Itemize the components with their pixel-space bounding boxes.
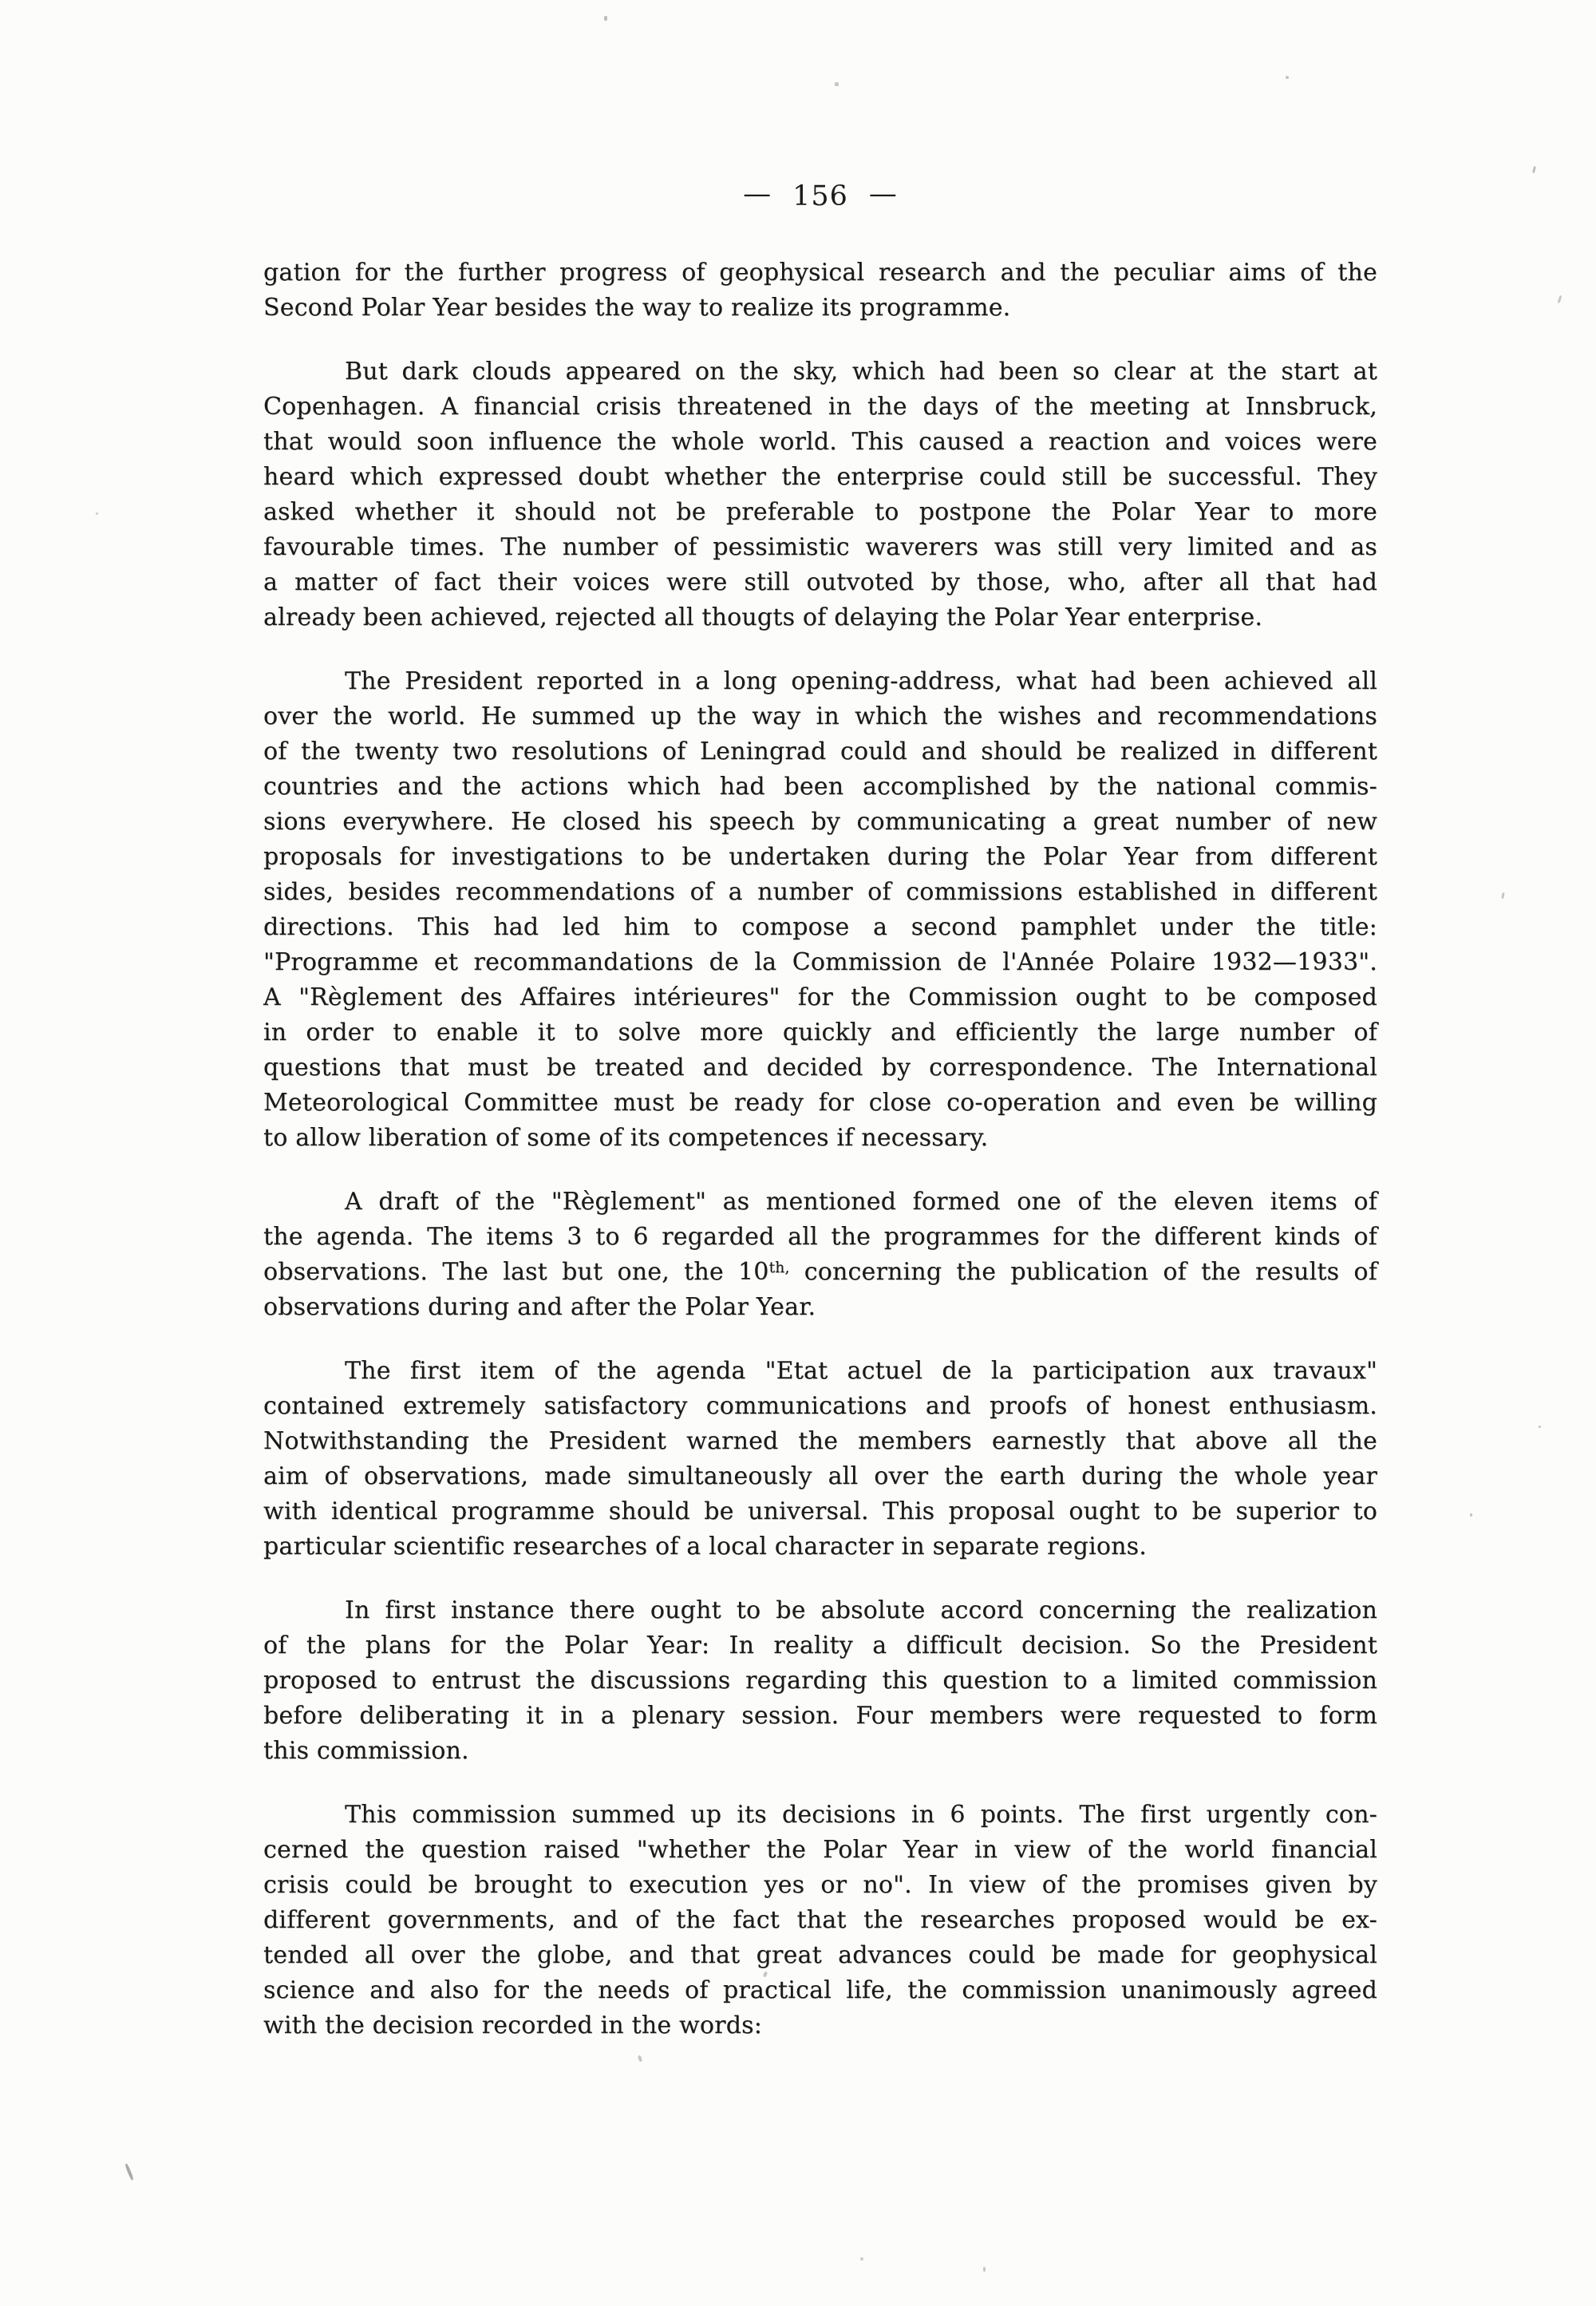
text-line: favourable times. The number of pessimis… (263, 530, 1377, 565)
text-line: Meteorological Committee must be ready f… (263, 1086, 1377, 1121)
text-line: questions that must be treated and decid… (263, 1050, 1377, 1086)
text-line: with the decision recorded in the words: (263, 2008, 1377, 2043)
text-line: The President reported in a long opening… (263, 664, 1377, 699)
text-line: proposals for investigations to be under… (263, 840, 1377, 875)
paragraph: A draft of the "Règlement" as mentioned … (263, 1185, 1377, 1325)
scan-speck (638, 2055, 642, 2063)
text-line: This commission summed up its decisions … (263, 1798, 1377, 1833)
scan-speck (604, 16, 607, 21)
text-line: particular scientific researches of a lo… (263, 1529, 1377, 1564)
paragraph: The President reported in a long opening… (263, 664, 1377, 1156)
superscript-text: th, (769, 1260, 790, 1276)
text-line: a matter of fact their voices were still… (263, 565, 1377, 600)
paragraph: In first instance there ought to be abso… (263, 1593, 1377, 1769)
text-line: science and also for the needs of practi… (263, 1973, 1377, 2008)
text-line: Notwithstanding the President warned the… (263, 1424, 1377, 1459)
text-segment: observations. The last but one, the 10 (263, 1258, 769, 1286)
text-line: sides, besides recommendations of a numb… (263, 875, 1377, 910)
text-line: in order to enable it to solve more quic… (263, 1015, 1377, 1050)
document-page: —156— gation for the further progress of… (0, 0, 1596, 2306)
text-line: gation for the further progress of geoph… (263, 255, 1377, 291)
text-line: cerned the question raised "whether the … (263, 1833, 1377, 1868)
header-left-dash: — (743, 178, 772, 210)
paragraph: But dark clouds appeared on the sky, whi… (263, 354, 1377, 635)
text-line: Copenhagen. A financial crisis threatene… (263, 390, 1377, 425)
scan-speck (860, 2257, 863, 2261)
text-line: aim of observations, made simultaneously… (263, 1459, 1377, 1494)
text-line: of the twenty two resolutions of Leningr… (263, 734, 1377, 769)
text-line: different governments, and of the fact t… (263, 1903, 1377, 1938)
text-line: proposed to entrust the discussions rega… (263, 1663, 1377, 1699)
page-body: gation for the further progress of geoph… (263, 255, 1377, 2043)
text-line: But dark clouds appeared on the sky, whi… (263, 354, 1377, 390)
text-line: In first instance there ought to be abso… (263, 1593, 1377, 1628)
text-line: this commission. (263, 1734, 1377, 1769)
paragraph: This commission summed up its decisions … (263, 1798, 1377, 2043)
text-line: already been achieved, rejected all thou… (263, 600, 1377, 635)
scan-speck (1532, 166, 1536, 173)
text-line: A draft of the "Règlement" as mentioned … (263, 1185, 1377, 1220)
text-segment: concerning the publication of the result… (790, 1258, 1377, 1286)
scan-speck (1539, 1426, 1541, 1428)
text-line: over the world. He summed up the way in … (263, 699, 1377, 734)
text-line: sions everywhere. He closed his speech b… (263, 805, 1377, 840)
scan-speck (1558, 295, 1562, 303)
text-line: observations. The last but one, the 10th… (263, 1255, 1377, 1290)
scan-speck (983, 2267, 986, 2272)
text-line: contained extremely satisfactory communi… (263, 1389, 1377, 1424)
text-line: A "Règlement des Affaires intérieures" f… (263, 980, 1377, 1015)
text-line: countries and the actions which had been… (263, 769, 1377, 805)
text-line: Second Polar Year besides the way to rea… (263, 291, 1377, 326)
text-line: the agenda. The items 3 to 6 regarded al… (263, 1220, 1377, 1255)
text-line: of the plans for the Polar Year: In real… (263, 1628, 1377, 1663)
page-number: 156 (792, 180, 848, 212)
text-line: crisis could be brought to execution yes… (263, 1868, 1377, 1903)
text-line: that would soon influence the whole worl… (263, 425, 1377, 460)
scan-speck (1286, 76, 1289, 79)
text-line: The first item of the agenda "Etat actue… (263, 1354, 1377, 1389)
text-line: observations during and after the Polar … (263, 1290, 1377, 1325)
paragraph: gation for the further progress of geoph… (263, 255, 1377, 326)
text-line: "Programme et recommandations de la Comm… (263, 945, 1377, 980)
text-line: before deliberating it in a plenary sess… (263, 1699, 1377, 1734)
text-line: tended all over the globe, and that grea… (263, 1938, 1377, 1973)
text-line: with identical programme should be unive… (263, 1494, 1377, 1529)
paragraph: The first item of the agenda "Etat actue… (263, 1354, 1377, 1564)
scan-speck (1470, 1513, 1472, 1517)
header-right-dash: — (869, 178, 898, 210)
scan-speck (124, 2163, 134, 2181)
page-header: —156— (263, 180, 1377, 212)
scan-speck (96, 512, 98, 515)
text-line: to allow liberation of some of its compe… (263, 1121, 1377, 1156)
text-line: directions. This had led him to compose … (263, 910, 1377, 945)
scan-speck (835, 82, 839, 86)
scan-speck (1501, 892, 1505, 899)
text-line: heard which expressed doubt whether the … (263, 460, 1377, 495)
text-line: asked whether it should not be preferabl… (263, 495, 1377, 530)
